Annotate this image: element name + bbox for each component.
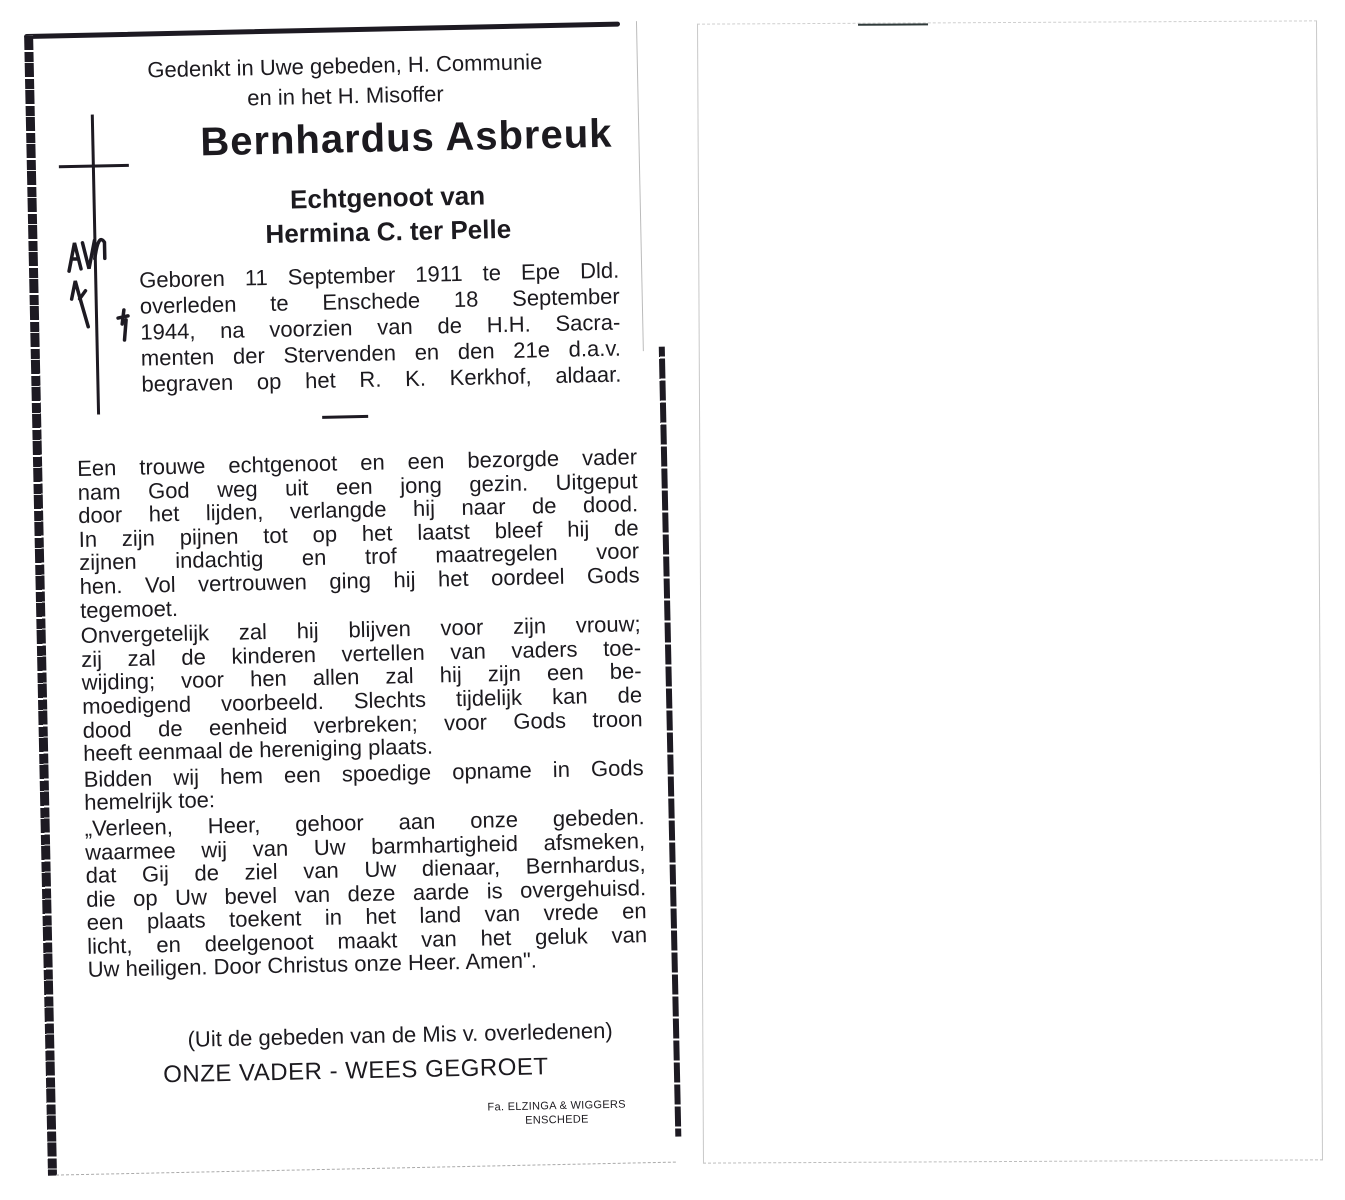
section-divider [322, 415, 368, 419]
memorial-paragraph: Een trouwe echtgenoot en een bezorgde va… [77, 445, 640, 622]
prayers-line: ONZE VADER - WEES GEGROET [126, 1052, 586, 1090]
memorial-card-back [697, 20, 1323, 1163]
deceased-name: Bernhardus Asbreuk [66, 110, 687, 168]
printer-imprint: Fa. ELZINGA & WIGGERS ENSCHEDE [447, 1097, 668, 1130]
memorial-text: Een trouwe echtgenoot en een bezorgde va… [77, 445, 648, 984]
card-border-right [659, 347, 682, 1137]
card-border-left [24, 36, 57, 1176]
scan-artifact [858, 23, 928, 25]
memorial-paragraph: „Verleen, Heer, gehoor aan onze gebeden.… [84, 805, 647, 982]
biography: Geboren 11 September 1911 te Epe Dld. ov… [139, 258, 622, 398]
intro-text: Gedenkt in Uwe gebeden, H. Communie en i… [65, 45, 626, 117]
memorial-paragraph: Onvergetelijk zal hij blijven voor zijn … [80, 612, 643, 765]
source-note: (Uit de gebeden van de Mis v. overledene… [145, 1017, 655, 1054]
card-border-bottom [56, 1162, 676, 1177]
card-border-top [24, 22, 620, 39]
memorial-card-front: Gedenkt in Uwe gebeden, H. Communie en i… [24, 17, 688, 1180]
spouse-section: Echtgenoot van Hermina C. ter Pelle [67, 175, 648, 255]
